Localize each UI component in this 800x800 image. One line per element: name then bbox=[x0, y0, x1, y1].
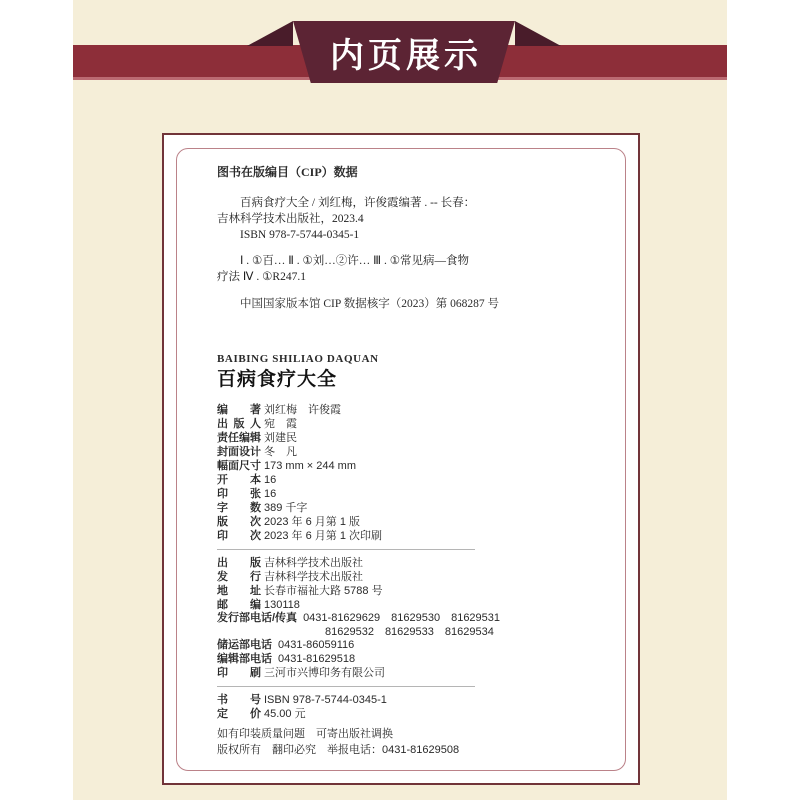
row-value: ISBN 978-7-5744-0345-1 bbox=[264, 694, 387, 706]
spec-row: 出版人宛 霞 bbox=[217, 417, 577, 431]
phone-row: 发行部电话/传真0431-81629629 81629530 81629531 bbox=[217, 612, 577, 626]
printer-rows: 印刷三河市兴博印务有限公司 bbox=[217, 666, 577, 680]
row-label: 编著 bbox=[217, 403, 261, 417]
book-title-pinyin: BAIBING SHILIAO DAQUAN bbox=[217, 353, 577, 365]
row-value: 刘红梅 许俊霞 bbox=[264, 404, 341, 416]
spec-row: 编著刘红梅 许俊霞 bbox=[217, 403, 577, 417]
publisher-row: 出版吉林科学技术出版社 bbox=[217, 556, 577, 570]
publisher-row: 邮编130118 bbox=[217, 598, 577, 612]
row-label: 编辑部电话 bbox=[217, 653, 272, 665]
publisher-rows: 出版吉林科学技术出版社 发行吉林科学技术出版社 地址长春市福祉大路 5788 号… bbox=[217, 556, 577, 612]
phone-rows: 发行部电话/传真0431-81629629 81629530 81629531 … bbox=[217, 612, 577, 666]
row-value: 45.00 元 bbox=[264, 708, 306, 720]
row-value: 0431-81629629 81629530 81629531 bbox=[303, 612, 500, 624]
row-value: 16 bbox=[264, 488, 276, 500]
row-value: 2023 年 6 月第 1 次印刷 bbox=[264, 530, 382, 542]
divider bbox=[217, 686, 475, 687]
row-value: 130118 bbox=[264, 599, 300, 611]
spec-row: 版次2023 年 6 月第 1 版 bbox=[217, 515, 577, 529]
row-label: 字数 bbox=[217, 501, 261, 515]
row-label: 开本 bbox=[217, 473, 261, 487]
row-label: 邮编 bbox=[217, 598, 261, 612]
row-value: 2023 年 6 月第 1 版 bbox=[264, 516, 360, 528]
row-value: 0431-81629518 bbox=[278, 653, 355, 665]
spec-row: 印次2023 年 6 月第 1 次印刷 bbox=[217, 529, 577, 543]
spec-row: 开本16 bbox=[217, 473, 577, 487]
legal-notes: 如有印装质量问题 可寄出版社调换版权所有 翻印必究 举报电话：0431-8162… bbox=[217, 727, 577, 758]
row-value: 389 千字 bbox=[264, 502, 307, 514]
printer-row: 印刷三河市兴博印务有限公司 bbox=[217, 666, 577, 680]
row-value: 冬 凡 bbox=[264, 446, 297, 458]
phone-row: 编辑部电话0431-81629518 bbox=[217, 653, 577, 667]
row-label: 版次 bbox=[217, 515, 261, 529]
cip-line: ISBN 978-7-5744-0345-1 bbox=[217, 227, 577, 243]
row-label: 定价 bbox=[217, 707, 261, 721]
cip-publication-block: 百病食疗大全 / 刘红梅，许俊霞编著 . -- 长春：吉林科学技术出版社，202… bbox=[217, 195, 577, 243]
product-detail-image: 内页展示 图书在版编目（CIP）数据 百病食疗大全 / 刘红梅，许俊霞编著 . … bbox=[0, 0, 800, 800]
row-value: 吉林科学技术出版社 bbox=[264, 571, 363, 583]
row-label: 储运部电话 bbox=[217, 639, 272, 651]
divider bbox=[217, 549, 475, 550]
legal-note-line: 如有印装质量问题 可寄出版社调换 bbox=[217, 727, 577, 743]
cip-line: 吉林科学技术出版社，2023.4 bbox=[217, 211, 577, 227]
price-row: 书号ISBN 978-7-5744-0345-1 bbox=[217, 693, 577, 707]
page-content: 图书在版编目（CIP）数据 百病食疗大全 / 刘红梅，许俊霞编著 . -- 长春… bbox=[217, 165, 577, 758]
row-label: 印张 bbox=[217, 487, 261, 501]
banner-title: 内页展示 bbox=[326, 28, 482, 77]
row-label: 封面设计 bbox=[217, 445, 261, 459]
phone-row: 81629532 81629533 81629534 bbox=[217, 626, 577, 640]
book-copyright-page: 图书在版编目（CIP）数据 百病食疗大全 / 刘红梅，许俊霞编著 . -- 长春… bbox=[162, 133, 640, 785]
row-label: 出版人 bbox=[217, 417, 261, 431]
row-label: 责任编辑 bbox=[217, 431, 261, 445]
spec-row: 印张16 bbox=[217, 487, 577, 501]
cip-classification-block: Ⅰ . ①百… Ⅱ . ①刘…②许… Ⅲ . ①常见病—食物疗法 Ⅳ . ①R2… bbox=[217, 253, 577, 285]
legal-note-line: 版权所有 翻印必究 举报电话：0431-81629508 bbox=[217, 743, 577, 759]
spec-rows: 编著刘红梅 许俊霞 出版人宛 霞 责任编辑刘建民 封面设计冬 凡 bbox=[217, 403, 577, 543]
row-value: 刘建民 bbox=[264, 432, 297, 444]
price-rows: 书号ISBN 978-7-5744-0345-1 定价45.00 元 bbox=[217, 693, 577, 721]
banner-ribbon: 内页展示 bbox=[293, 21, 515, 83]
row-label: 书号 bbox=[217, 693, 261, 707]
spec-row: 责任编辑刘建民 bbox=[217, 431, 577, 445]
row-label: 印次 bbox=[217, 529, 261, 543]
row-value: 81629532 81629533 81629534 bbox=[325, 626, 494, 638]
cip-line: Ⅰ . ①百… Ⅱ . ①刘…②许… Ⅲ . ①常见病—食物 bbox=[217, 253, 577, 269]
cip-heading: 图书在版编目（CIP）数据 bbox=[217, 165, 577, 179]
spec-row: 幅面尺寸173 mm × 244 mm bbox=[217, 459, 577, 473]
row-value: 宛 霞 bbox=[264, 418, 297, 430]
row-value: 0431-86059116 bbox=[278, 639, 354, 651]
cip-line: 疗法 Ⅳ . ①R247.1 bbox=[217, 269, 577, 285]
row-label: 印刷 bbox=[217, 666, 261, 680]
row-value: 三河市兴博印务有限公司 bbox=[264, 667, 385, 679]
phone-row: 储运部电话0431-86059116 bbox=[217, 639, 577, 653]
row-value: 长春市福祉大路 5788 号 bbox=[264, 585, 383, 597]
cip-line: 百病食疗大全 / 刘红梅，许俊霞编著 . -- 长春： bbox=[217, 195, 577, 211]
row-label: 出版 bbox=[217, 556, 261, 570]
spec-row: 封面设计冬 凡 bbox=[217, 445, 577, 459]
cip-record-number: 中国国家版本馆 CIP 数据核字（2023）第 068287 号 bbox=[217, 297, 577, 311]
row-value: 16 bbox=[264, 474, 276, 486]
price-row: 定价45.00 元 bbox=[217, 707, 577, 721]
book-title: 百病食疗大全 bbox=[217, 369, 577, 391]
publisher-row: 发行吉林科学技术出版社 bbox=[217, 570, 577, 584]
publisher-row: 地址长春市福祉大路 5788 号 bbox=[217, 584, 577, 598]
row-label: 发行部电话/传真 bbox=[217, 612, 297, 624]
row-value: 173 mm × 244 mm bbox=[264, 460, 356, 472]
row-label: 发行 bbox=[217, 570, 261, 584]
row-value: 吉林科学技术出版社 bbox=[264, 557, 363, 569]
spec-row: 字数389 千字 bbox=[217, 501, 577, 515]
row-label: 幅面尺寸 bbox=[217, 459, 261, 473]
row-label: 地址 bbox=[217, 584, 261, 598]
